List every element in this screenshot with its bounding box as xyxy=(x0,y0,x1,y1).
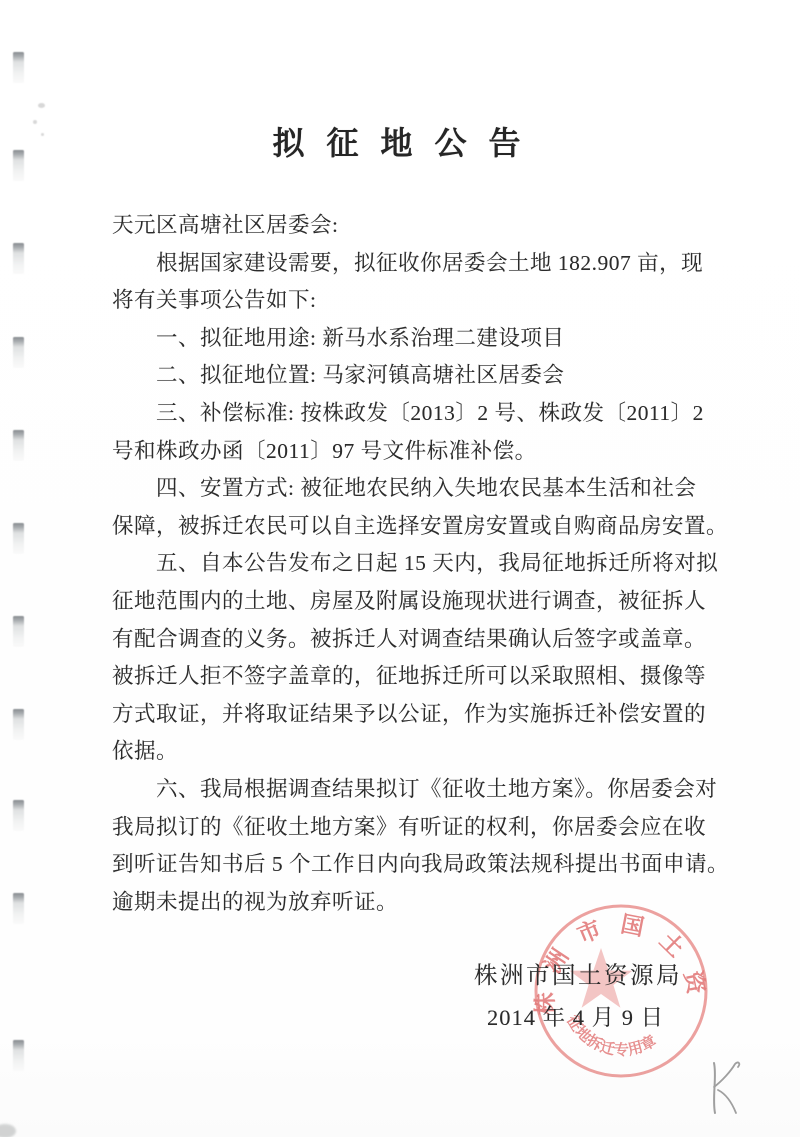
binding-hole-mark xyxy=(13,243,24,274)
body-line: 根据国家建设需要，拟征收你居委会土地 182.907 亩，现 xyxy=(112,245,722,283)
scanned-document-page: 拟 征 地 公 告 天元区高塘社区居委会:根据国家建设需要，拟征收你居委会土地 … xyxy=(0,0,800,1137)
body-line: 征地范围内的土地、房屋及附属设施现状进行调查，被征拆人 xyxy=(112,583,722,621)
body-line: 天元区高塘社区居委会: xyxy=(112,207,722,245)
body-line: 方式取证，并将取证结果予以公证，作为实施拆迁补偿安置的 xyxy=(112,696,722,734)
binding-hole-mark xyxy=(13,52,24,83)
binding-hole-mark xyxy=(13,709,24,740)
binding-hole-mark xyxy=(13,800,24,831)
binding-hole-mark xyxy=(13,893,24,924)
body-line: 将有关事项公告如下: xyxy=(112,282,722,320)
binding-hole-mark xyxy=(13,430,24,461)
body-line: 有配合调查的义务。被拆迁人对调查结果确认后签字或盖章。 xyxy=(112,621,722,659)
body-line: 到听证告知书后 5 个工作日内向我局政策法规科提出书面申请。 xyxy=(112,846,722,884)
body-line: 五、自本公告发布之日起 15 天内，我局征地拆迁所将对拟 xyxy=(112,545,722,583)
body-line: 我局拟订的《征收土地方案》有听证的权利，你居委会应在收 xyxy=(112,809,722,847)
binding-hole-mark xyxy=(13,616,24,647)
signature-organization: 株洲市国土资源局 xyxy=(474,956,682,990)
body-line: 六、我局根据调查结果拟订《征收土地方案》。你居委会对 xyxy=(112,771,722,809)
body-line: 二、拟征地位置: 马家河镇高塘社区居委会 xyxy=(112,357,722,395)
body-line: 被拆迁人拒不签字盖章的，征地拆迁所可以采取照相、摄像等 xyxy=(112,658,722,696)
body-line: 依据。 xyxy=(112,733,722,771)
body-line: 三、补偿标准: 按株政发〔2013〕2 号、株政发〔2011〕2 xyxy=(112,395,722,433)
signature-date: 2014 年 4 月 9 日 xyxy=(487,1000,664,1032)
body-line: 一、拟征地用途: 新马水系治理二建设项目 xyxy=(112,320,722,358)
document-body: 天元区高塘社区居委会:根据国家建设需要，拟征收你居委会土地 182.907 亩，… xyxy=(112,207,722,921)
binding-hole-mark xyxy=(13,337,24,368)
binding-hole-mark xyxy=(13,523,24,554)
binding-hole-mark xyxy=(13,1040,24,1071)
body-line: 保障，被拆迁农民可以自主选择安置房安置或自购商品房安置。 xyxy=(112,508,722,546)
pencil-speck xyxy=(38,103,45,108)
official-seal-stamp: 株洲市国土资源局 征地拆迁专用章 xyxy=(531,901,711,1081)
body-line: 号和株政办函〔2011〕97 号文件标准补偿。 xyxy=(112,433,722,471)
scan-corner-artifact xyxy=(0,1124,16,1137)
page-title: 拟 征 地 公 告 xyxy=(0,118,800,164)
body-line: 四、安置方式: 被征地农民纳入失地农民基本生活和社会 xyxy=(112,470,722,508)
